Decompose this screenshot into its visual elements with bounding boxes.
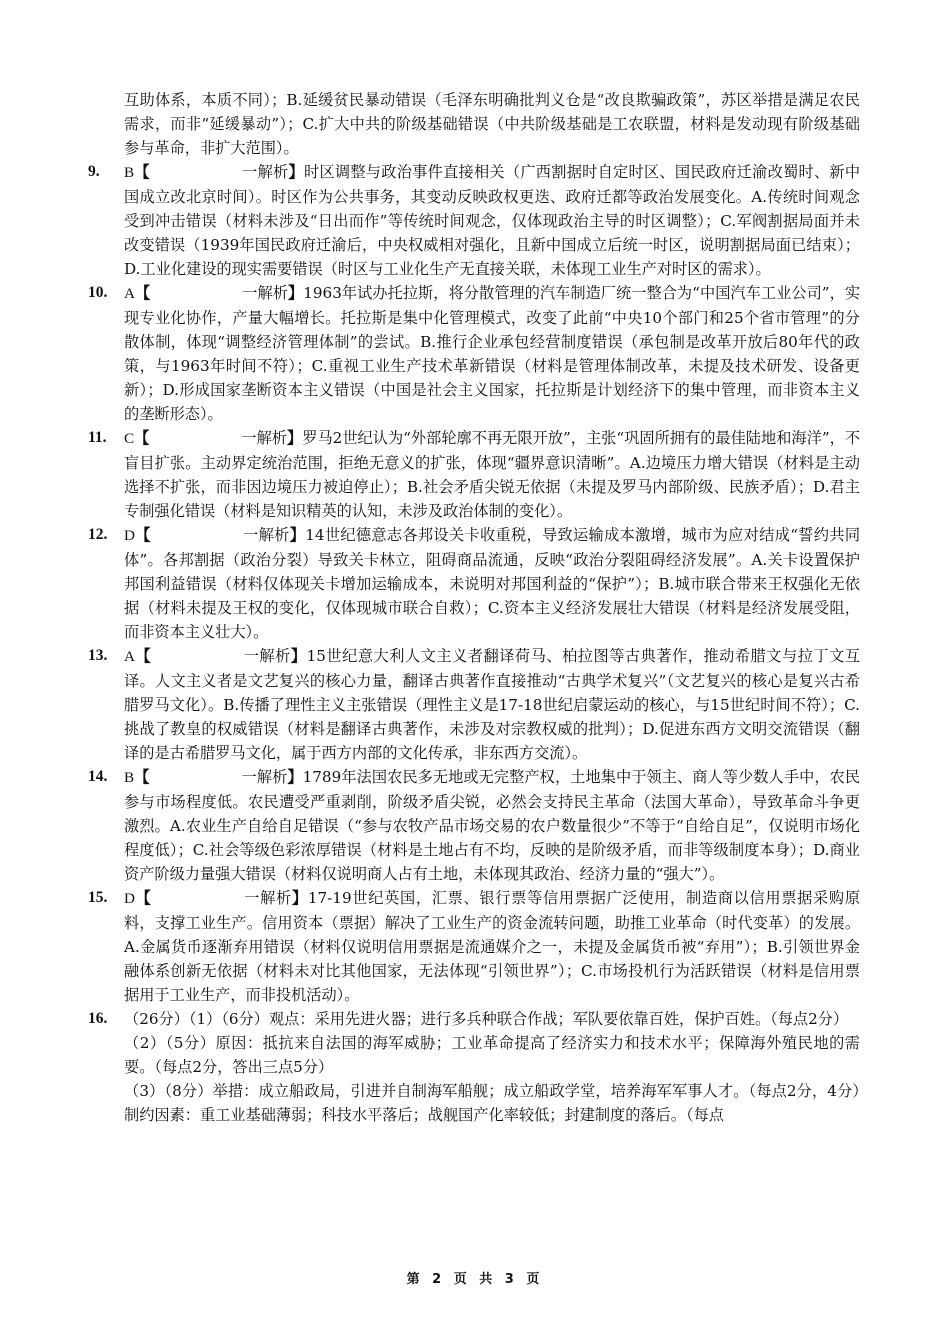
analysis-label: 一解析	[241, 768, 287, 786]
answer-letter: A	[124, 648, 135, 665]
question-number: 12.	[88, 523, 107, 547]
analysis-text: 17-19世纪英国，汇票、银行票等信用票据广泛使用，制造商以信用票据采购原料，支…	[124, 889, 860, 1004]
answer-item-11: 11. C【一解析】罗马2世纪认为“外部轮廓不再无限开放”，主张“巩固所拥有的最…	[88, 426, 860, 523]
answer-item-12: 12. D【一解析】14世纪德意志各邦设关卡收重税，导致运输成本激增，城市为应对…	[88, 523, 860, 644]
answer-item-14: 14. B【一解析】1789年法国农民多无地或无完整产权，土地集中于领主、商人等…	[88, 765, 860, 886]
question-number: 13.	[88, 644, 107, 668]
analysis-label: 一解析	[243, 647, 291, 665]
analysis-text: 14世纪德意志各邦设关卡收重税，导致运输成本激增，城市为应对结成“誓约共同体”。…	[124, 526, 860, 641]
answer-item-10: 10. A【一解析】1963年试办托拉斯，将分散管理的汽车制造厂统一整合为“中国…	[88, 281, 860, 426]
carryover-paragraph: 互助体系，本质不同）；B.延缓贫民暴动错误（毛泽东明确批判义仓是“改良欺骗政策”…	[88, 88, 860, 160]
question-number: 16.	[88, 1007, 107, 1031]
analysis-label: 一解析	[243, 526, 290, 544]
analysis-text: 时区调整与政治事件直接相关（广西割据时自定时区、国民政府迁渝改蜀时、新中国成立改…	[124, 163, 860, 278]
answer-letter: B	[124, 769, 134, 786]
question-number: 10.	[88, 281, 107, 305]
analysis-text: 1789年法国农民多无地或无完整产权，土地集中于领主、商人等少数人手中，农民参与…	[124, 768, 860, 883]
question-number: 11.	[88, 426, 107, 450]
analysis-label: 一解析	[242, 163, 289, 181]
answer-letter: A	[124, 285, 135, 302]
analysis-text: 15世纪意大利人文主义者翻译荷马、柏拉图等古典著作，推动希腊文与拉丁文互译。人文…	[124, 647, 860, 762]
q16-part1: （26分）（1）（6分）观点：采用先进火器；进行多兵种联合作战；军队要依靠百姓，…	[124, 1007, 860, 1031]
q16-part3: （3）（8分）举措：成立船政局，引进并自制海军船舰；成立船政学堂，培养海军军事人…	[88, 1079, 860, 1127]
answer-item-13: 13. A【一解析】15世纪意大利人文主义者翻译荷马、柏拉图等古典著作，推动希腊…	[88, 644, 860, 765]
question-number: 14.	[88, 765, 107, 789]
answer-item-16: 16. （26分）（1）（6分）观点：采用先进火器；进行多兵种联合作战；军队要依…	[88, 1007, 860, 1031]
analysis-label: 一解析	[241, 429, 287, 447]
answer-content: 互助体系，本质不同）；B.延缓贫民暴动错误（毛泽东明确批判义仓是“改良欺骗政策”…	[88, 88, 860, 1127]
question-number: 9.	[88, 160, 100, 184]
answer-letter: B	[124, 164, 134, 181]
answer-item-15: 15. D【一解析】17-19世纪英国，汇票、银行票等信用票据广泛使用，制造商以…	[88, 886, 860, 1007]
answer-letter: D	[124, 890, 135, 907]
question-number: 15.	[88, 886, 107, 910]
document-page: 互助体系，本质不同）；B.延缓贫民暴动错误（毛泽东明确批判义仓是“改良欺骗政策”…	[0, 0, 950, 1344]
analysis-label: 一解析	[244, 889, 292, 907]
page-footer: 第 2 页 共 3 页	[0, 1268, 950, 1287]
analysis-label: 一解析	[242, 284, 288, 302]
analysis-text: 罗马2世纪认为“外部轮廓不再无限开放”，主张“巩固所拥有的最佳陆地和海洋”，不盲…	[124, 429, 860, 520]
answer-item-9: 9. B【一解析】时区调整与政治事件直接相关（广西割据时自定时区、国民政府迁渝改…	[88, 160, 860, 281]
analysis-text: 1963年试办托拉斯，将分散管理的汽车制造厂统一整合为“中国汽车工业公司”，实现…	[124, 284, 860, 423]
answer-letter: C	[124, 430, 134, 447]
q16-part2: （2）（5分）原因：抵抗来自法国的海军威胁；工业革命提高了经济实力和技术水平；保…	[88, 1031, 860, 1079]
answer-letter: D	[124, 527, 135, 544]
